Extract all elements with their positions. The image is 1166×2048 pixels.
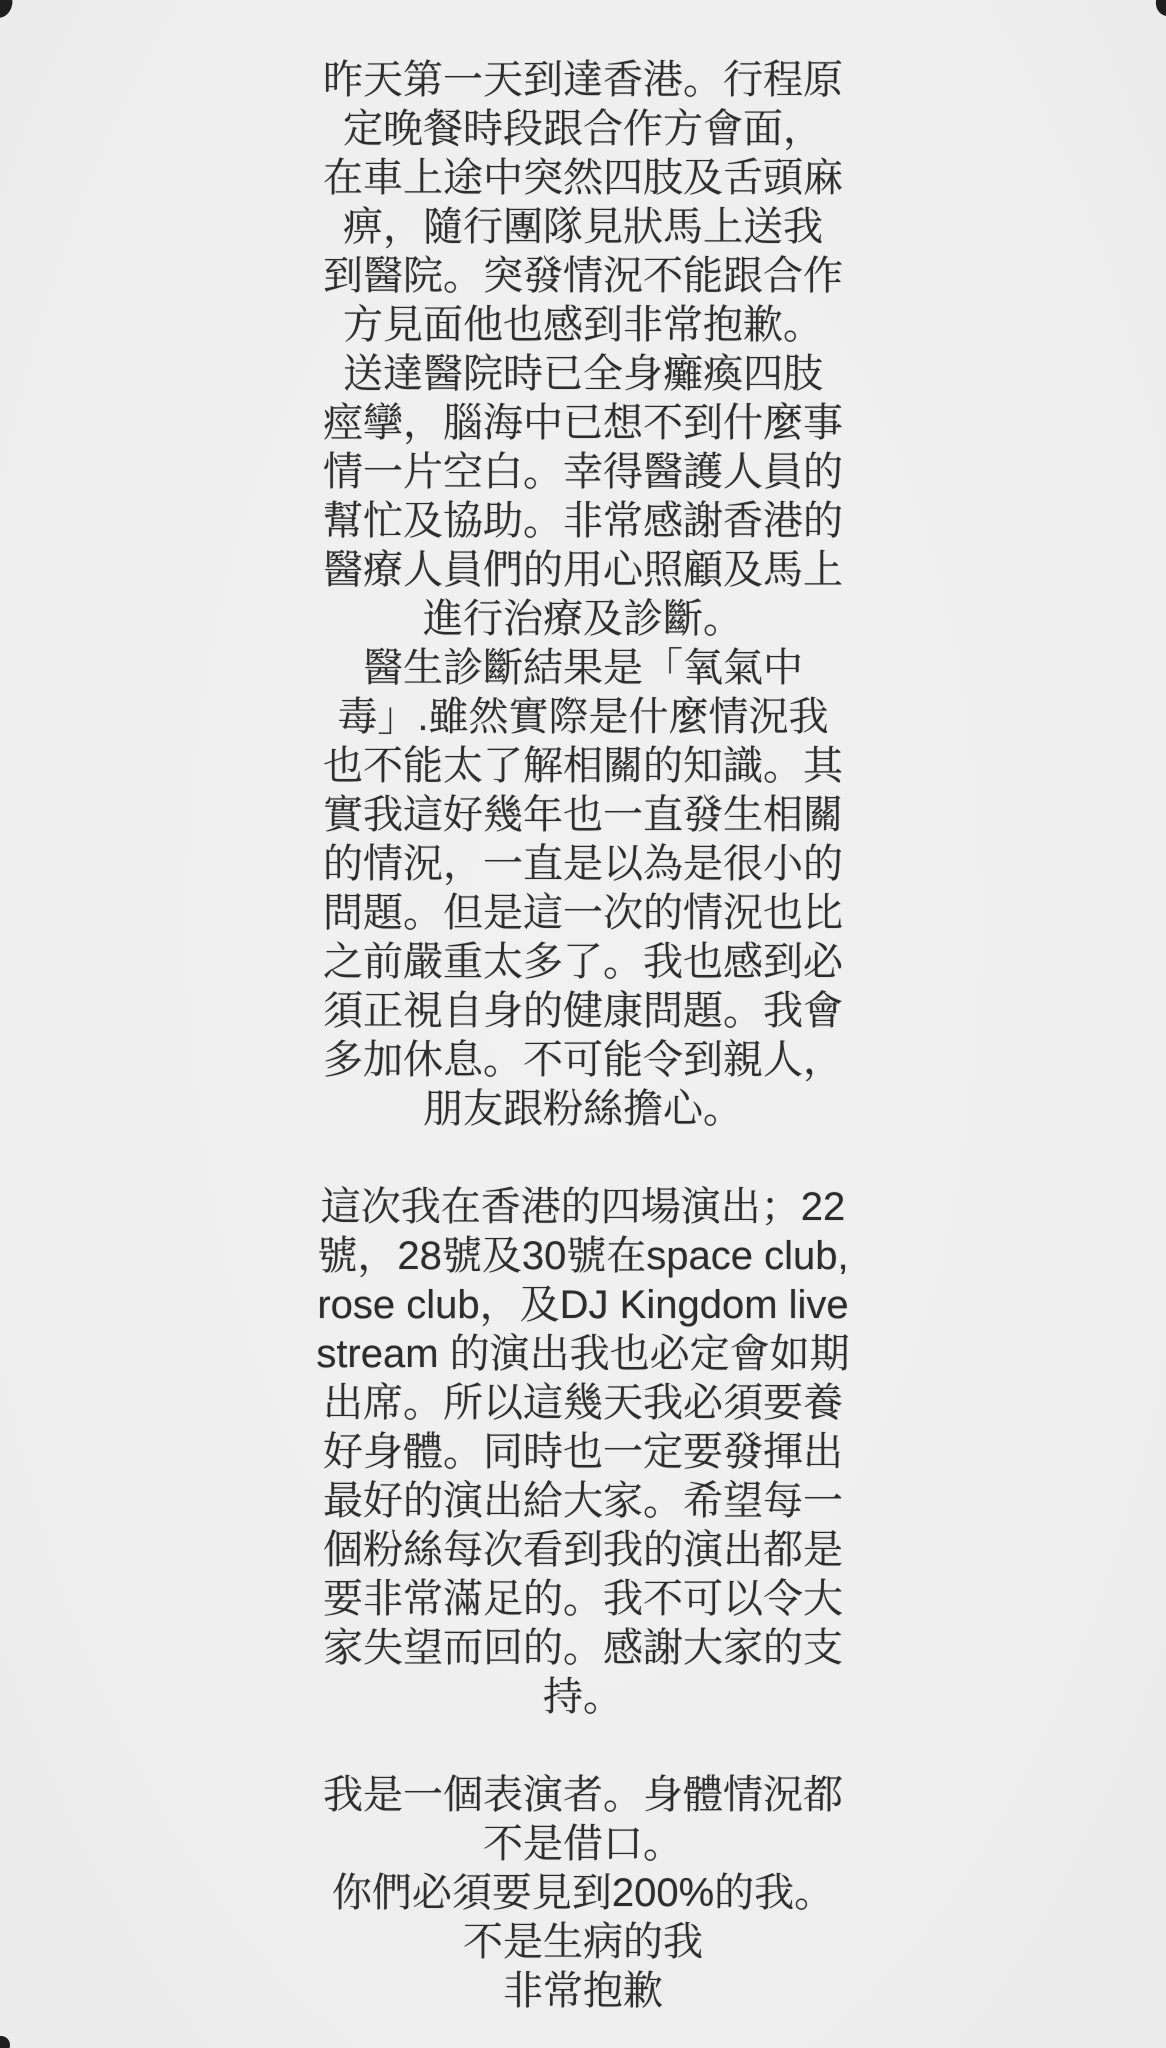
statement-line: 在車上途中突然四肢及舌頭麻 bbox=[0, 154, 1166, 203]
statement-paragraph-hospital: 昨天第一天到達香港。行程原 定晚餐時段跟合作方會面， 在車上途中突然四肢及舌頭麻… bbox=[0, 56, 1166, 1134]
statement-line: 要非常滿足的。我不可以令大 bbox=[0, 1575, 1166, 1624]
statement-line: rose club，及DJ Kingdom live bbox=[0, 1281, 1166, 1330]
statement-line: 你們必須要見到200%的我。 bbox=[0, 1869, 1166, 1918]
statement-paragraph-shows: 這次我在香港的四場演出；22 號，28號及30號在space club, ros… bbox=[0, 1183, 1166, 1722]
statement-line: 痹，隨行團隊見狀馬上送我 bbox=[0, 203, 1166, 252]
statement-line: 不是生病的我 bbox=[0, 1918, 1166, 1967]
statement-line: 醫生診斷結果是「氧氣中 bbox=[0, 644, 1166, 693]
statement-line: 醫療人員們的用心照顧及馬上 bbox=[0, 546, 1166, 595]
statement-paragraph-performer: 我是一個表演者。身體情況都 不是借口。 你們必須要見到200%的我。 不是生病的… bbox=[0, 1771, 1166, 2016]
statement-line: 這次我在香港的四場演出；22 bbox=[0, 1183, 1166, 1232]
statement-line: 出席。所以這幾天我必須要養 bbox=[0, 1379, 1166, 1428]
statement-line: 毒」.雖然實際是什麼情況我 bbox=[0, 693, 1166, 742]
photo-corner-artifact-top-right bbox=[1153, 0, 1166, 18]
statement-line: 幫忙及協助。非常感謝香港的 bbox=[0, 497, 1166, 546]
statement-line: 到醫院。突發情況不能跟合作 bbox=[0, 252, 1166, 301]
statement-line: 個粉絲每次看到我的演出都是 bbox=[0, 1526, 1166, 1575]
statement-line: 昨天第一天到達香港。行程原 bbox=[0, 56, 1166, 105]
photo-corner-artifact-bottom-left bbox=[0, 2036, 10, 2048]
statement-line: 不是借口。 bbox=[0, 1820, 1166, 1869]
statement-line: 定晚餐時段跟合作方會面， bbox=[0, 105, 1166, 154]
statement-text: 昨天第一天到達香港。行程原 定晚餐時段跟合作方會面， 在車上途中突然四肢及舌頭麻… bbox=[0, 56, 1166, 2016]
statement-line: 的情況，一直是以為是很小的 bbox=[0, 840, 1166, 889]
statement-line: 情一片空白。幸得醫護人員的 bbox=[0, 448, 1166, 497]
statement-line: 好身體。同時也一定要發揮出 bbox=[0, 1428, 1166, 1477]
statement-line: 問題。但是這一次的情況也比 bbox=[0, 889, 1166, 938]
statement-line: 家失望而回的。感謝大家的支 bbox=[0, 1624, 1166, 1673]
statement-line: 送達醫院時已全身癱瘓四肢 bbox=[0, 350, 1166, 399]
photo-corner-artifact-top-left bbox=[0, 0, 16, 21]
statement-line: 也不能太了解相關的知識。其 bbox=[0, 742, 1166, 791]
statement-line: 多加休息。不可能令到親人， bbox=[0, 1036, 1166, 1085]
statement-line: 朋友跟粉絲擔心。 bbox=[0, 1085, 1166, 1134]
statement-line: 號，28號及30號在space club, bbox=[0, 1232, 1166, 1281]
statement-line: 持。 bbox=[0, 1673, 1166, 1722]
statement-photo-background: 昨天第一天到達香港。行程原 定晚餐時段跟合作方會面， 在車上途中突然四肢及舌頭麻… bbox=[0, 0, 1166, 2048]
statement-line: stream 的演出我也必定會如期 bbox=[0, 1330, 1166, 1379]
statement-line: 痙攣，腦海中已想不到什麼事 bbox=[0, 399, 1166, 448]
statement-line: 方見面他也感到非常抱歉。 bbox=[0, 301, 1166, 350]
statement-line: 之前嚴重太多了。我也感到必 bbox=[0, 938, 1166, 987]
statement-line: 最好的演出給大家。希望每一 bbox=[0, 1477, 1166, 1526]
statement-line: 進行治療及診斷。 bbox=[0, 595, 1166, 644]
statement-line: 非常抱歉 bbox=[0, 1967, 1166, 2016]
statement-line: 須正視自身的健康問題。我會 bbox=[0, 987, 1166, 1036]
statement-line: 實我這好幾年也一直發生相關 bbox=[0, 791, 1166, 840]
statement-line: 我是一個表演者。身體情況都 bbox=[0, 1771, 1166, 1820]
